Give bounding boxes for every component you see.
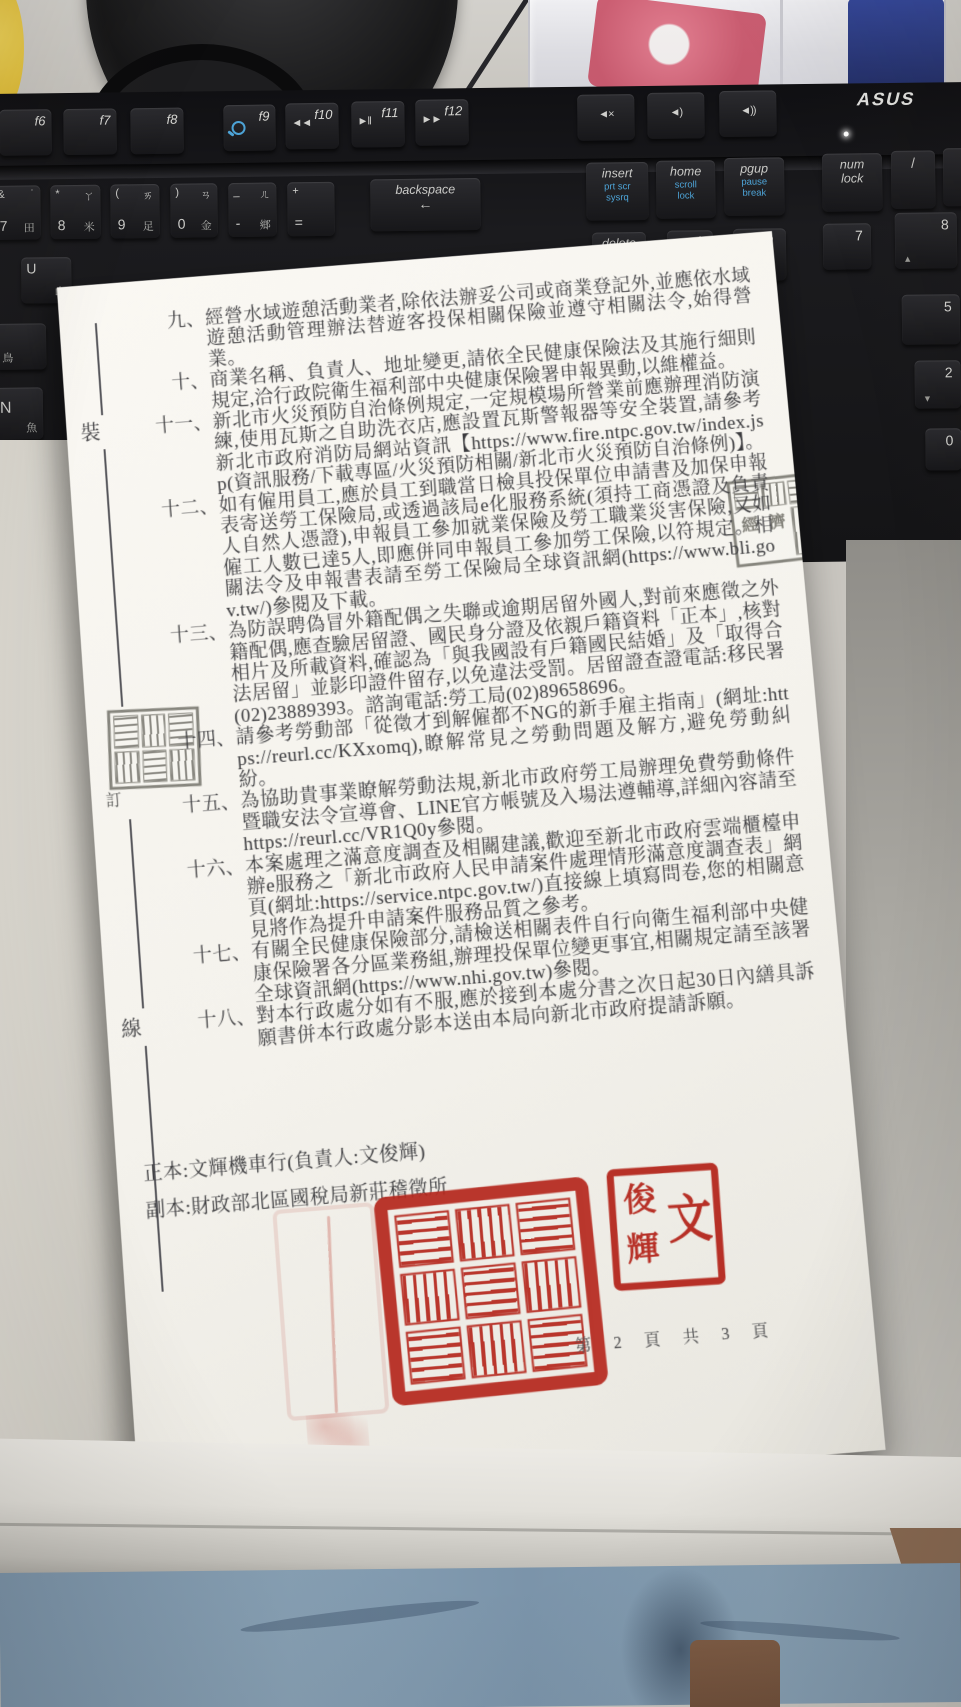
key-numpad-7: 7 xyxy=(823,223,872,270)
seal-script-glyph xyxy=(142,749,168,783)
personal-name-seal: 俊 輝 文 xyxy=(606,1163,726,1292)
key-numpad-5: 5 xyxy=(902,294,961,345)
seal-script-glyph xyxy=(461,1262,521,1320)
key-f8: f8 xyxy=(130,108,184,155)
keyboard-led xyxy=(844,131,849,136)
photo-of-official-document-on-desk: ASUS f6 f7 f8 f9 ◄◄ f10 ►‖ f11 ►► f12 ◄×… xyxy=(0,0,961,1707)
floor-between-knees xyxy=(690,1640,780,1707)
key-insert: insert prt scrsysrq xyxy=(586,162,649,221)
key-bird: 鳥 xyxy=(0,323,46,370)
seal-script-glyph xyxy=(467,1320,527,1378)
binding-line-segment xyxy=(129,819,144,1008)
binding-mark-zhuang: 裝 xyxy=(80,415,125,447)
jeans-lap xyxy=(0,1563,961,1707)
key-pgup: pgup pausebreak xyxy=(724,157,785,216)
search-icon xyxy=(231,121,245,135)
key-home: home scrolllock xyxy=(656,160,716,219)
key-mute: ◄× xyxy=(577,94,635,141)
seal-char: 輝 xyxy=(617,1223,669,1276)
document-text: 九、 經營水域遊憩活動業者,除依法辦妥公司或商業登記外,並應依水域遊憩活動管理辦… xyxy=(138,266,818,1056)
key-f9: f9 xyxy=(223,104,276,151)
keyboard-groove xyxy=(0,154,961,180)
seal-script-glyph xyxy=(113,715,139,748)
binding-line-segment xyxy=(95,323,103,415)
seal-script-glyph xyxy=(400,1268,460,1326)
seal-char: 文 xyxy=(662,1162,719,1288)
asus-logo: ASUS xyxy=(855,89,918,111)
seal-script-glyph xyxy=(114,750,140,784)
key-numpad-2: 2 ▼ xyxy=(914,360,961,409)
key-minus: _ ㄦ - 鄉 xyxy=(228,182,277,237)
key-f7: f7 xyxy=(63,108,117,155)
up-arrow-icon: ▲ xyxy=(903,254,912,264)
seal-script-glyph xyxy=(515,1198,575,1256)
key-numpad-8: 8 ▲ xyxy=(895,212,958,269)
key-8: * ㄚ 8 米 xyxy=(50,185,101,240)
seal-script-glyph xyxy=(521,1256,581,1314)
key-volume-up: ◄)) xyxy=(719,90,777,137)
seal-script-glyph xyxy=(455,1204,515,1262)
key-0: ) ㄢ 0 金 xyxy=(170,183,218,238)
official-agency-seal xyxy=(373,1176,609,1406)
key-volume-down: ◄) xyxy=(647,92,705,139)
seal-script-glyph xyxy=(406,1327,466,1385)
key-backspace: backspace ← xyxy=(370,178,481,231)
key-7: & ˙ 7 田 xyxy=(0,185,41,240)
key-n: N 魚 xyxy=(0,387,43,440)
key-f6: f6 xyxy=(0,109,52,156)
seal-script-glyph xyxy=(141,714,167,747)
down-arrow-icon: ▼ xyxy=(923,393,932,403)
backspace-arrow-icon: ← xyxy=(370,198,480,210)
document-page: 裝 訂 線 經 濟 xyxy=(57,231,886,1511)
mute-icon: ◄× xyxy=(577,108,634,121)
seal-char: 俊 xyxy=(614,1173,666,1225)
seal-script-glyph xyxy=(394,1210,454,1268)
key-equals: + = xyxy=(287,182,335,237)
key-numlock: numlock xyxy=(822,153,883,212)
key-f12: ►► f12 xyxy=(415,99,469,146)
page-number-footer: 第 2 頁 共 3 頁 xyxy=(574,1316,778,1356)
key-9: ( ㄞ 9 足 xyxy=(110,184,160,239)
binding-line-segment xyxy=(104,449,124,707)
key-f11: ►‖ f11 xyxy=(351,101,405,148)
key-partial xyxy=(943,148,961,206)
volume-up-icon: ◄)) xyxy=(719,104,776,117)
key-slash: / xyxy=(891,150,936,209)
volume-down-icon: ◄) xyxy=(647,106,704,119)
binding-mark-xian: 線 xyxy=(120,1010,166,1043)
denim-fold xyxy=(240,1596,480,1637)
key-numpad-0: 0 xyxy=(925,428,961,470)
key-f10: ◄◄ f10 xyxy=(285,103,339,150)
